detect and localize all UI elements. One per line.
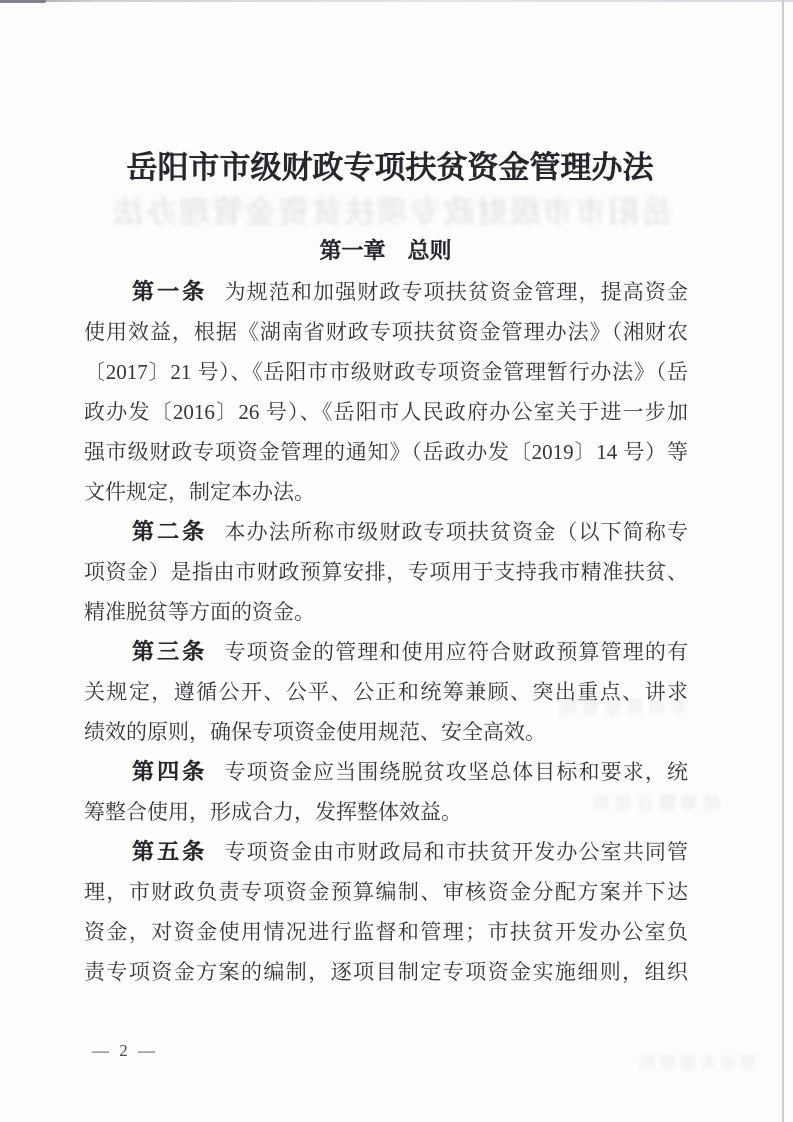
article-number: 第二条	[132, 519, 207, 544]
article-number: 第五条	[132, 839, 207, 864]
line-text: 本办法所称市级财政专项扶贫资金（以下简称专	[223, 520, 688, 544]
article-number: 第四条	[132, 759, 207, 784]
document-title: 岳阳市市级财政专项扶贫资金管理办法	[0, 149, 780, 187]
line-text: 专项资金由市财政局和市扶贫开发办公室共同管	[223, 840, 688, 864]
body-line: 责专项资金方案的编制，逐项目制定专项资金实施细则，组织	[84, 952, 688, 992]
bleedthrough-ghost-title: 岳阳市市级财政专项扶贫资金管理办法	[0, 191, 783, 235]
document-page: 岳阳市市级财政专项扶贫资金管理办法 岳阳市市级财政专项扶贫资金管理办法 第一章 …	[0, 0, 793, 1122]
body-line: 第三条专项资金的管理和使用应符合财政预算管理的有	[84, 632, 688, 672]
article-number: 第一条	[132, 279, 207, 304]
scan-edge-nick	[0, 0, 46, 3]
body-line: 绩效的原则，确保专项资金使用规范、安全高效。	[84, 712, 688, 752]
body-line: 理，市财政负责专项资金预算编制、审核资金分配方案并下达	[84, 872, 688, 912]
body-line: 第四条专项资金应当围绕脱贫攻坚总体目标和要求，统	[84, 752, 688, 792]
body-line: 资金，对资金使用情况进行监督和管理；市扶贫开发办公室负	[84, 912, 688, 952]
body-line: 政办发〔2016〕26 号）、《岳阳市人民政府办公室关于进一步加	[84, 392, 688, 432]
body-line: 第二条本办法所称市级财政专项扶贫资金（以下简称专	[84, 512, 688, 552]
article-number: 第三条	[132, 639, 207, 664]
body-line: 使用效益，根据《湖南省财政专项扶贫资金管理办法》（湘财农	[84, 312, 688, 352]
scan-edge-top	[0, 0, 793, 2]
body-line: 第一条为规范和加强财政专项扶贫资金管理，提高资金	[84, 272, 688, 312]
scan-edge-right	[782, 0, 784, 1122]
page-number: — 2 —	[92, 1040, 158, 1062]
body-line: 强市级财政专项资金管理的通知》（岳政办发〔2019〕14 号）等	[84, 432, 688, 472]
body-line: 精准脱贫等方面的资金。	[84, 592, 688, 632]
line-text: 专项资金的管理和使用应符合财政预算管理的有	[223, 640, 688, 664]
body-line: 关规定，遵循公开、公平、公正和统筹兼顾、突出重点、讲求	[84, 672, 688, 712]
body-line: 文件规定，制定本办法。	[84, 472, 688, 512]
line-text: 为规范和加强财政专项扶贫资金管理，提高资金	[223, 280, 688, 304]
line-text: 专项资金应当围绕脱贫攻坚总体目标和要求，统	[223, 760, 688, 784]
document-body: 第一条为规范和加强财政专项扶贫资金管理，提高资金使用效益，根据《湖南省财政专项扶…	[84, 272, 688, 992]
chapter-heading: 第一章 总则	[0, 237, 771, 265]
body-line: 〔2017〕21 号）、《岳阳市市级财政专项资金管理暂行办法》（岳	[84, 352, 688, 392]
body-line: 项资金）是指由市财政预算安排，专项用于支持我市精准扶贫、	[84, 552, 688, 592]
body-line: 第五条专项资金由市财政局和市扶贫开发办公室共同管	[84, 832, 688, 872]
body-line: 筹整合使用，形成合力，发挥整体效益。	[84, 792, 688, 832]
bleedthrough-smudge: 资金实施细则	[636, 1050, 756, 1073]
